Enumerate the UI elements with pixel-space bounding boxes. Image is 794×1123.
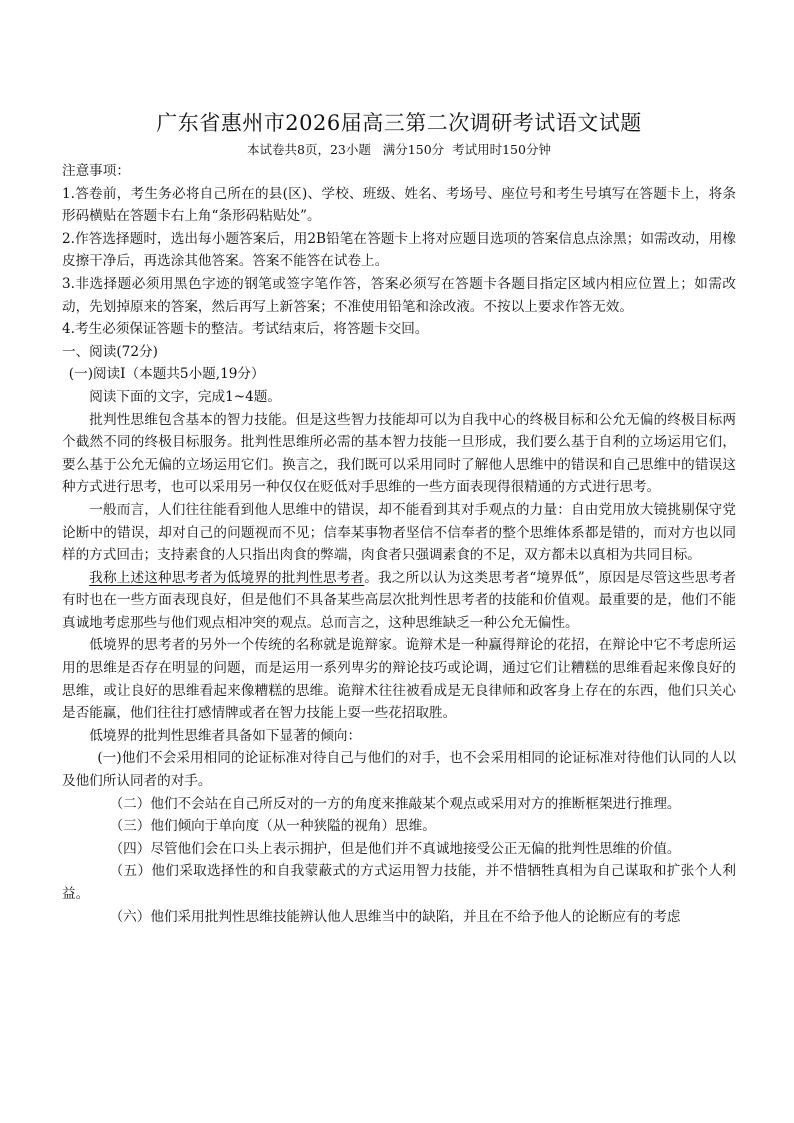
notice-section: 注意事项： 1.答卷前，考生务必将自己所在的县(区)、学校、班级、姓名、考场号、… — [62, 160, 736, 341]
reading-instruction: 阅读下面的文字，完成1~4题。 — [62, 386, 736, 409]
passage-paragraph-5: 低境界的批判性思维者具备如下显著的倾向： — [62, 725, 736, 748]
passage-paragraph-3: 我称上述这种思考者为低境界的批判性思考者。我之所以认为这类思考者“境界低”，原因… — [62, 567, 736, 635]
notice-item-3: 3.非选择题必须用黑色字迹的钢笔或签字笔作答，答案必须写在答题卡各题目指定区域内… — [62, 273, 736, 318]
tendency-5: （五）他们采取选择性的和自我蒙蔽式的方式运用智力技能，并不惜牺牲真相为自己谋取和… — [62, 860, 736, 905]
tendency-4: （四）尽管他们会在口头上表示拥护，但是他们并不真诚地接受公正无偏的批判性思维的价… — [62, 838, 736, 861]
notice-heading: 注意事项： — [62, 160, 736, 183]
underlined-sentence: 我称上述这种思考者为低境界的批判性思考者 — [89, 570, 364, 586]
section-subheading: (一)阅读Ⅰ（本题共5小题,19分） — [62, 363, 736, 386]
passage-paragraph-2: 一般而言，人们往往能看到他人思维中的错误，却不能看到其对手观点的力量：自由党用放… — [62, 499, 736, 567]
section-heading: 一、阅读(72分) — [62, 341, 736, 364]
tendency-3: （三）他们倾向于单向度（从一种狭隘的视角）思维。 — [62, 815, 736, 838]
passage-paragraph-4: 低境界的思考者的另外一个传统的名称就是诡辩家。诡辩术是一种赢得辩论的花招，在辩论… — [62, 634, 736, 724]
exam-title: 广东省惠州市2026届高三第二次调研考试语文试题 — [62, 108, 736, 138]
notice-item-4: 4.考生必须保证答题卡的整洁。考试结束后，将答题卡交回。 — [62, 318, 736, 341]
tendency-6: （六）他们采用批判性思维技能辨认他人思维当中的缺陷，并且在不给予他人的论断应有的… — [62, 906, 736, 929]
notice-item-2: 2.作答选择题时，选出每小题答案后，用2B铅笔在答题卡上将对应题目选项的答案信息… — [62, 228, 736, 273]
exam-subtitle: 本试卷共8页，23小题 满分150分 考试用时150分钟 — [62, 140, 736, 160]
reading-passage: 批判性思维包含基本的智力技能。但是这些智力技能却可以为自我中心的终极目标和公允无… — [62, 409, 736, 929]
passage-paragraph-1: 批判性思维包含基本的智力技能。但是这些智力技能却可以为自我中心的终极目标和公允无… — [62, 409, 736, 499]
exam-page: 广东省惠州市2026届高三第二次调研考试语文试题 本试卷共8页，23小题 满分1… — [62, 108, 736, 928]
tendency-1: (一)他们不会采用相同的论证标准对待自己与他们的对手，也不会采用相同的论证标准对… — [62, 747, 736, 792]
notice-item-1: 1.答卷前，考生务必将自己所在的县(区)、学校、班级、姓名、考场号、座位号和考生… — [62, 183, 736, 228]
tendency-2: （二）他们不会站在自己所反对的一方的角度来推敲某个观点或采用对方的推断框架进行推… — [62, 793, 736, 816]
